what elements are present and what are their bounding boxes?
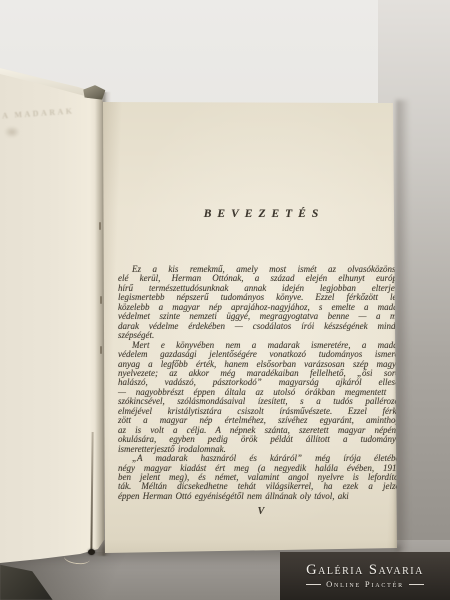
text-line: darak védelme érdekében — csodálatos író… bbox=[118, 322, 404, 331]
watermark-title: Galéria Savaria bbox=[306, 563, 424, 578]
binding-stitch bbox=[99, 222, 101, 230]
watermark-subtitle-row: Online Piactér bbox=[306, 579, 424, 589]
watermark-badge: Galéria Savaria Online Piactér bbox=[280, 552, 450, 600]
ghost-smudge bbox=[4, 126, 20, 138]
watermark-dash-right bbox=[409, 584, 424, 585]
paragraphs: Ez a kis remekmű, amely most ismét az ol… bbox=[118, 265, 404, 501]
paragraph: Ez a kis remekmű, amely most ismét az ol… bbox=[118, 265, 404, 341]
binding-thread-knot bbox=[88, 549, 95, 555]
watermark-subtitle: Online Piactér bbox=[326, 579, 404, 589]
watermark-dash-left bbox=[306, 584, 321, 585]
book-photo: A MADARAK BEVEZETÉS Ez a kis remekmű, am… bbox=[0, 0, 450, 600]
binding-stitch bbox=[100, 296, 102, 304]
text-line: éppen Herman Ottó egyéniségétől nem álln… bbox=[118, 492, 404, 501]
book-page: BEVEZETÉS Ez a kis remekmű, amely most i… bbox=[100, 96, 402, 558]
paragraph: „A madarak hasznáról és káráról” még író… bbox=[118, 454, 404, 501]
page-edge-shadow bbox=[396, 100, 410, 552]
ghost-bleedthrough-text: A MADARAK bbox=[2, 105, 102, 121]
page-title: BEVEZETÉS bbox=[118, 208, 404, 220]
page-number: V bbox=[118, 506, 404, 517]
binding-stitch bbox=[100, 346, 102, 354]
paragraph: Mert e könyvében nem a madarak ismeretér… bbox=[118, 341, 404, 454]
